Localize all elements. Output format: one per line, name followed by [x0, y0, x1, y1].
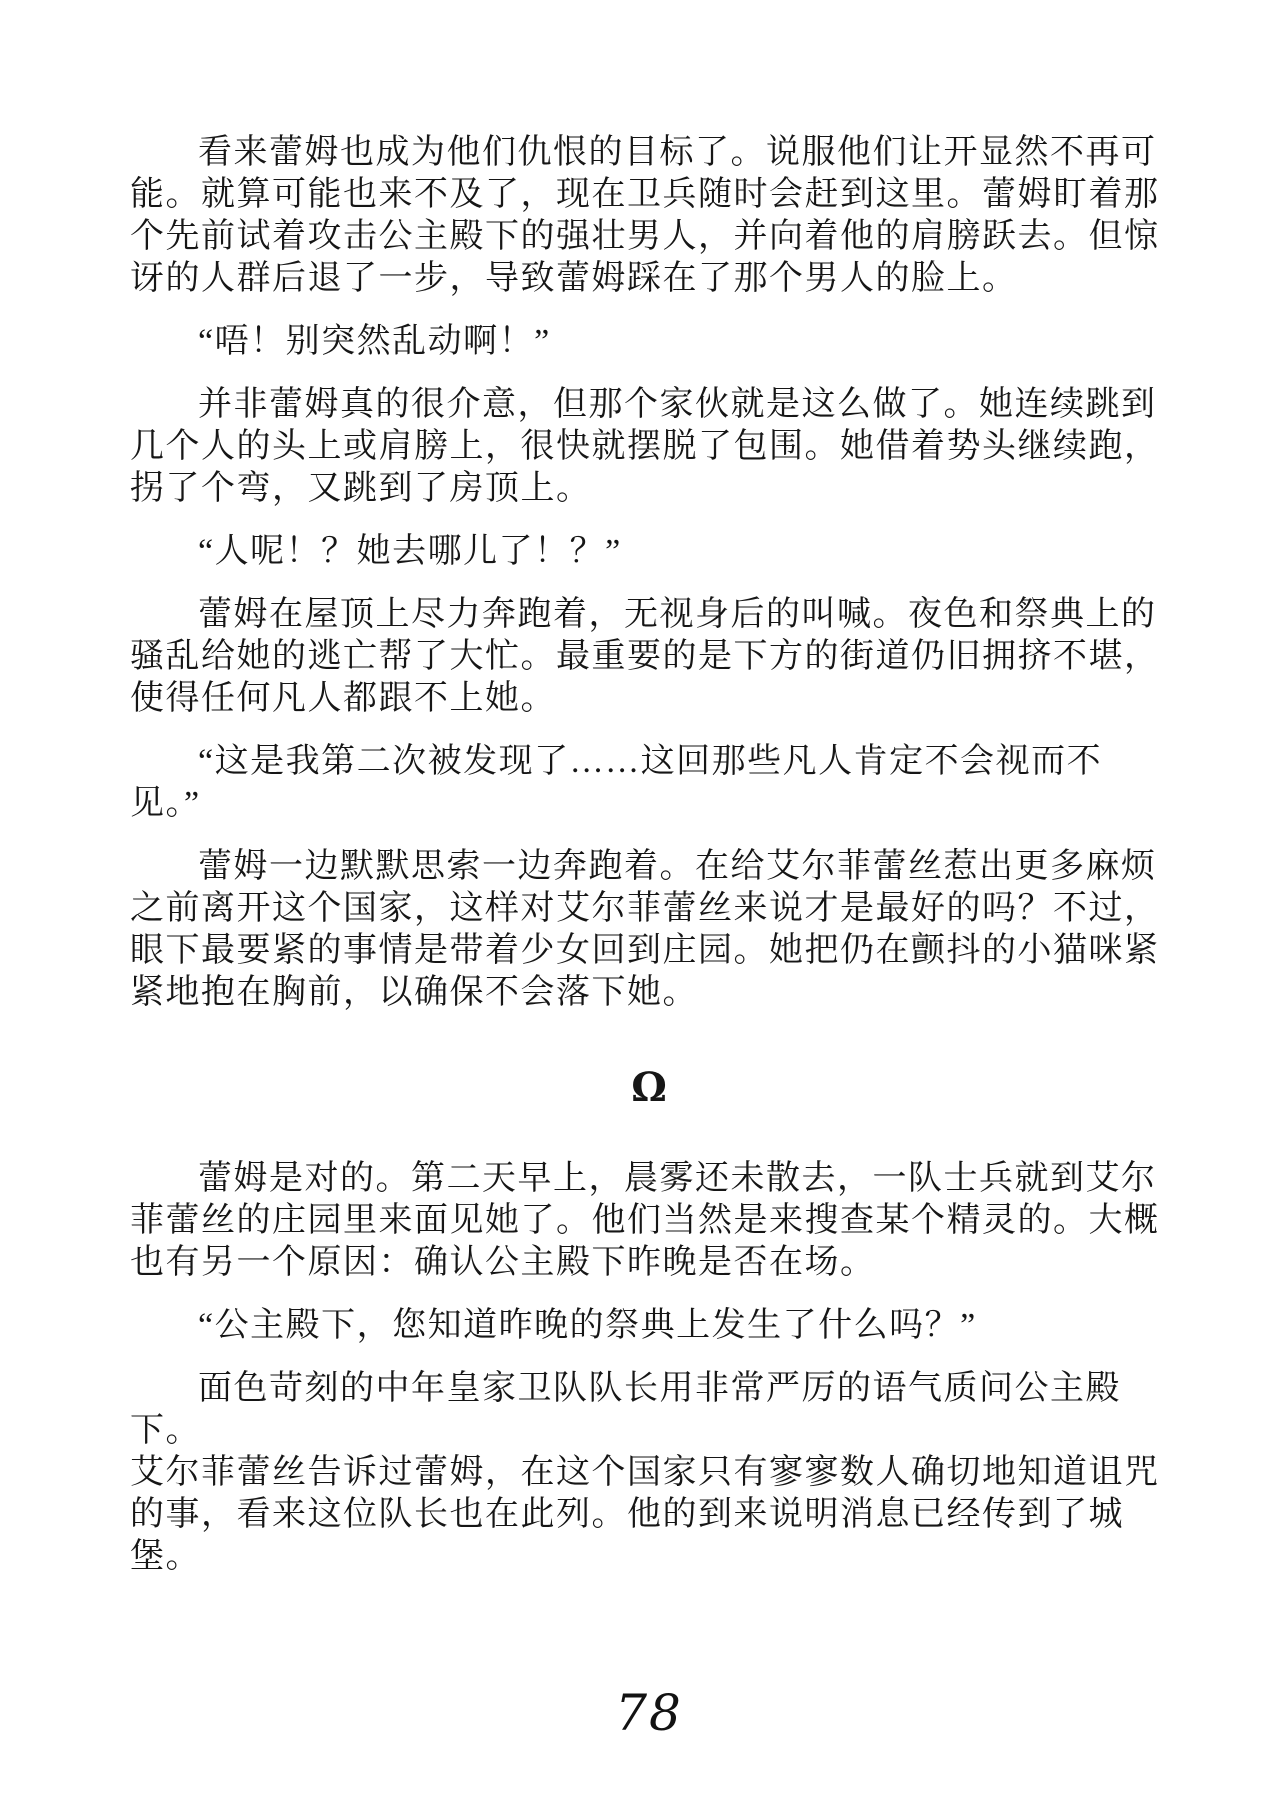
page-number: 78	[130, 1684, 1168, 1742]
body-paragraph: 蕾姆在屋顶上尽力奔跑着，无视身后的叫喊。夜色和祭典上的骚乱给她的逃亡帮了大忙。最…	[130, 594, 1168, 720]
dialogue-paragraph: “公主殿下，您知道昨晚的祭典上发生了什么吗？”	[130, 1305, 1168, 1347]
dialogue-paragraph: “这是我第二次被发现了……这回那些凡人肯定不会视而不见。”	[130, 741, 1168, 825]
body-paragraph: 蕾姆是对的。第二天早上，晨雾还未散去，一队士兵就到艾尔菲蕾丝的庄园里来面见她了。…	[130, 1158, 1168, 1284]
page-body: 看来蕾姆也成为他们仇恨的目标了。说服他们让开显然不再可能。就算可能也来不及了，现…	[130, 132, 1168, 1578]
document-page: 看来蕾姆也成为他们仇恨的目标了。说服他们让开显然不再可能。就算可能也来不及了，现…	[0, 0, 1280, 1816]
body-paragraph: 并非蕾姆真的很介意，但那个家伙就是这么做了。她连续跳到几个人的头上或肩膀上，很快…	[130, 384, 1168, 510]
body-paragraph: 面色苛刻的中年皇家卫队队长用非常严厉的语气质问公主殿下。艾尔菲蕾丝告诉过蕾姆，在…	[130, 1368, 1168, 1578]
body-paragraph: 蕾姆一边默默思索一边奔跑着。在给艾尔菲蕾丝惹出更多麻烦之前离开这个国家，这样对艾…	[130, 846, 1168, 1014]
section-divider: Ω	[130, 1062, 1168, 1114]
dialogue-paragraph: “唔！别突然乱动啊！”	[130, 321, 1168, 363]
body-paragraph: 看来蕾姆也成为他们仇恨的目标了。说服他们让开显然不再可能。就算可能也来不及了，现…	[130, 132, 1168, 300]
dialogue-paragraph: “人呢！？她去哪儿了！？”	[130, 531, 1168, 573]
